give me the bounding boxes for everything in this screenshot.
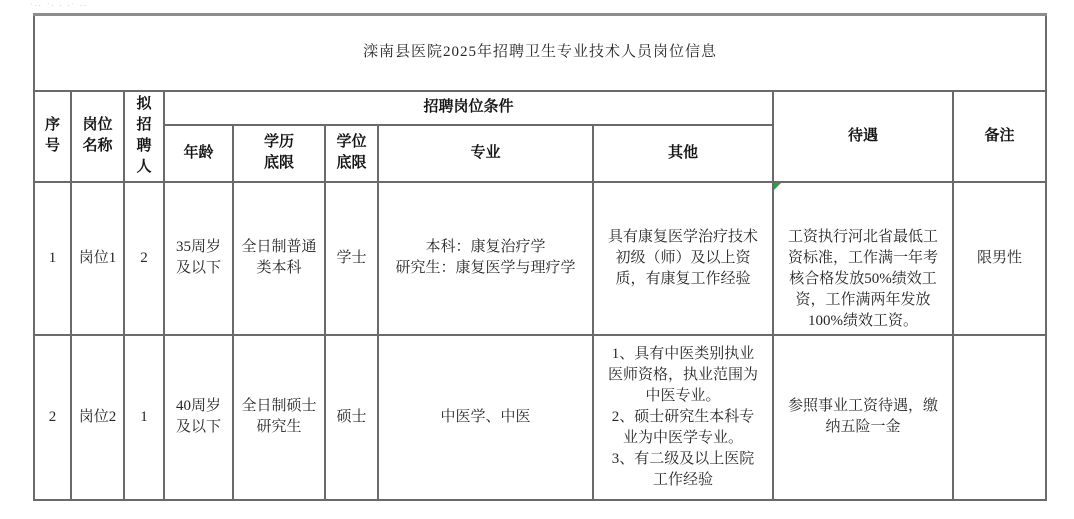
row1-age: 35周岁 及以下 xyxy=(164,182,233,335)
row1-serial: 1 xyxy=(34,182,71,335)
col-header-major: 专业 xyxy=(378,125,593,182)
col-header-degree-min: 学位 底限 xyxy=(325,125,378,182)
row2-serial: 2 xyxy=(34,335,71,500)
col-header-education-min: 学历 底限 xyxy=(233,125,325,182)
row2-remarks xyxy=(953,335,1046,500)
title-row: 滦南县医院2025年招聘卫生专业技术人员岗位信息 xyxy=(34,15,1046,91)
header-row-top: 序号 岗位 名称 拟 招 聘 人 招聘岗位条件 待遇 备注 xyxy=(34,91,1046,125)
col-header-benefits: 待遇 xyxy=(773,91,953,182)
col-header-remarks: 备注 xyxy=(953,91,1046,182)
row2-major: 中医学、中医 xyxy=(378,335,593,500)
row2-planned-hires: 1 xyxy=(124,335,164,500)
row1-degree-min: 学士 xyxy=(325,182,378,335)
page: ˙·· ˙· · ·˙ ·· 滦南县医院2025年招聘卫生专业技术人员岗位信息 … xyxy=(0,0,1074,519)
row1-other: 具有康复医学治疗技术 初级（师）及以上资 质，有康复工作经验 xyxy=(593,182,773,335)
row2-other: 1、具有中医类别执业 医师资格，执业范围为 中医专业。 2、硕士研究生本科专 业… xyxy=(593,335,773,500)
row2-position-name: 岗位2 xyxy=(71,335,124,500)
row2-age: 40周岁 及以下 xyxy=(164,335,233,500)
row2-benefits: 参照事业工资待遇，缴 纳五险一金 xyxy=(773,335,953,500)
row1-benefits: 工资执行河北省最低工 资标准，工作满一年考 核合格发放50%绩效工 资，工作满两… xyxy=(773,182,953,335)
col-header-other: 其他 xyxy=(593,125,773,182)
job-positions-table: 滦南县医院2025年招聘卫生专业技术人员岗位信息 序号 岗位 名称 拟 招 聘 … xyxy=(33,13,1047,501)
col-header-serial: 序号 xyxy=(34,91,71,182)
cell-comment-marker-icon xyxy=(774,183,781,190)
table-title: 滦南县医院2025年招聘卫生专业技术人员岗位信息 xyxy=(34,15,1046,91)
table-row-1: 1 岗位1 2 35周岁 及以下 全日制普通 类本科 学士 本科：康复治疗学 研… xyxy=(34,182,1046,335)
scan-artifact-marks: ˙·· ˙· · ·˙ ·· xyxy=(30,3,88,10)
table-row-2: 2 岗位2 1 40周岁 及以下 全日制硕士 研究生 硕士 中医学、中医 1、具… xyxy=(34,335,1046,500)
row2-degree-min: 硕士 xyxy=(325,335,378,500)
row1-major: 本科：康复治疗学 研究生：康复医学与理疗学 xyxy=(378,182,593,335)
col-header-age: 年龄 xyxy=(164,125,233,182)
col-header-conditions-group: 招聘岗位条件 xyxy=(164,91,773,125)
row1-education-min: 全日制普通 类本科 xyxy=(233,182,325,335)
row1-position-name: 岗位1 xyxy=(71,182,124,335)
row1-benefits-text: 工资执行河北省最低工 资标准，工作满一年考 核合格发放50%绩效工 资，工作满两… xyxy=(788,229,938,329)
col-header-planned-hires: 拟 招 聘 人 xyxy=(124,91,164,182)
row1-remarks: 限男性 xyxy=(953,182,1046,335)
row1-planned-hires: 2 xyxy=(124,182,164,335)
row2-education-min: 全日制硕士 研究生 xyxy=(233,335,325,500)
col-header-position-name: 岗位 名称 xyxy=(71,91,124,182)
